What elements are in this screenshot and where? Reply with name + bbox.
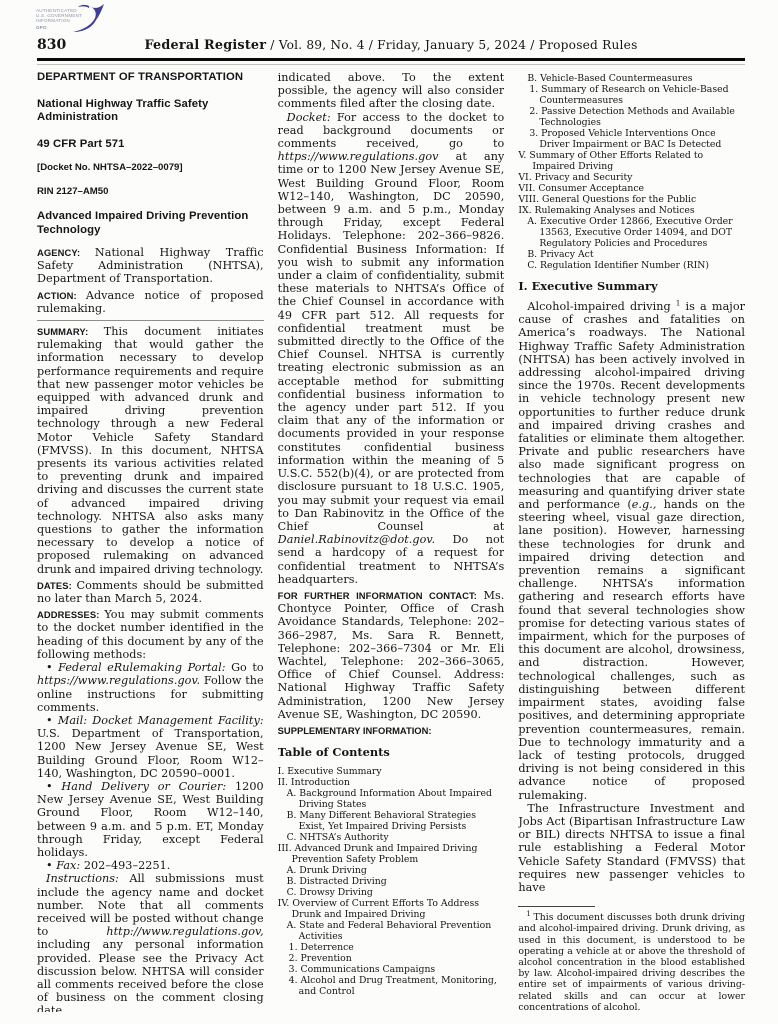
toc-item: V. Summary of Other Efforts Related to I… <box>518 150 745 172</box>
toc-item: III. Advanced Drunk and Impaired Driving… <box>278 843 505 865</box>
bullet-hand-delivery: • Hand Delivery or Courier: 1200 New Jer… <box>37 780 264 859</box>
three-column-body: DEPARTMENT OF TRANSPORTATION National Hi… <box>37 71 745 1012</box>
docket-access-paragraph: Docket: For access to the docket to read… <box>278 111 505 586</box>
masthead-rule-thick <box>37 58 745 61</box>
toc-item: A. Background Information About Impaired… <box>287 788 505 810</box>
toc-item: B. Many Different Behavioral Strategies … <box>287 810 505 832</box>
text-run: Hand Delivery or Courier: <box>61 780 226 793</box>
text-run: Instructions: <box>46 872 119 885</box>
summary-paragraph: SUMMARY: This document initiates rulemak… <box>37 325 264 576</box>
department-heading: DEPARTMENT OF TRANSPORTATION <box>37 71 264 85</box>
toc-item: IX. Rulemaking Analyses and Notices <box>518 205 745 216</box>
toc-item: B. Distracted Driving <box>287 876 505 887</box>
continuation-paragraph: indicated above. To the extent possible,… <box>278 71 505 111</box>
text-run: Federal eRulemaking Portal: <box>58 661 225 674</box>
action-paragraph: ACTION: Advance notice of proposed rulem… <box>37 289 264 315</box>
executive-summary-heading: I. Executive Summary <box>518 280 745 293</box>
text-run: Docket: <box>287 111 331 124</box>
federal-register-page: AUTHENTICATED U.S. GOVERNMENT INFORMATIO… <box>0 0 778 1024</box>
toc-item: II. Introduction <box>278 777 505 788</box>
rin-number: RIN 2127–AM50 <box>37 186 264 198</box>
text-run: ADDRESSES: <box>37 609 104 620</box>
bullet-erulemaking: • Federal eRulemaking Portal: Go to http… <box>37 661 264 714</box>
text-run: hands on the steering wheel, visual gaze… <box>518 498 745 801</box>
toc-item: 1. Deterrence <box>289 942 505 953</box>
text-run: Go to <box>226 661 264 674</box>
text-run: U.S. Department of Transportation, 1200 … <box>37 727 264 780</box>
toc-item: VIII. General Questions for the Public <box>518 194 745 205</box>
text-run: Alcohol-impaired driving <box>527 300 675 313</box>
cfr-part-heading: 49 CFR Part 571 <box>37 138 264 152</box>
text-run: • <box>46 859 56 872</box>
toc-item: 4. Alcohol and Drug Treatment, Monitorin… <box>289 975 505 997</box>
toc-item: 3. Communications Campaigns <box>289 964 505 975</box>
text-run: including any personal information provi… <box>37 938 264 1012</box>
contact-paragraph: FOR FURTHER INFORMATION CONTACT: Ms. Cho… <box>278 589 505 721</box>
text-run: SUMMARY: <box>37 326 104 337</box>
toc-item: B. Privacy Act <box>527 249 745 260</box>
toc-item: 1. Summary of Research on Vehicle-Based … <box>529 84 745 106</box>
publication-name: Federal Register <box>144 38 266 53</box>
text-run: is a major cause of crashes and fataliti… <box>518 300 745 511</box>
toc-item: A. State and Federal Behavioral Preventi… <box>287 920 505 942</box>
toc-item: 3. Proposed Vehicle Interventions Once D… <box>529 128 745 150</box>
toc-list-part2: B. Vehicle-Based Countermeasures1. Summa… <box>518 73 745 271</box>
agency-heading: National Highway Traffic Safety Administ… <box>37 98 264 125</box>
toc-item: A. Executive Order 12866, Executive Orde… <box>527 216 745 249</box>
toc-item: VII. Consumer Acceptance <box>518 183 745 194</box>
addresses-paragraph: ADDRESSES: You may submit comments to th… <box>37 608 264 661</box>
text-run: • <box>46 661 58 674</box>
bullet-fax: • Fax: 202–493–2251. <box>37 859 264 872</box>
text-run: FOR FURTHER INFORMATION CONTACT: <box>278 590 484 601</box>
masthead-rule-thin <box>37 64 745 65</box>
footnote-1: 1 This document discusses both drunk dri… <box>518 912 745 1012</box>
text-run: ACTION: <box>37 290 86 301</box>
section-divider <box>37 320 264 321</box>
text-run: Fax: <box>56 859 80 872</box>
issue-info: / Vol. 89, No. 4 / Friday, January 5, 20… <box>266 38 637 52</box>
bullet-mail: • Mail: Docket Management Facility: U.S.… <box>37 714 264 780</box>
toc-heading: Table of Contents <box>278 746 505 759</box>
text-run: 1 <box>526 910 533 918</box>
docket-number: [Docket No. NHTSA–2022–0079] <box>37 162 264 174</box>
footnote-rule <box>518 906 595 907</box>
agency-paragraph: AGENCY: National Highway Traffic Safety … <box>37 246 264 286</box>
supplementary-information-label: SUPPLEMENTARY INFORMATION: <box>278 725 505 737</box>
text-run: 202–493–2251. <box>80 859 170 872</box>
text-run: This document discusses both drunk drivi… <box>518 912 745 1012</box>
document-title: Advanced Impaired Driving Prevention Tec… <box>37 210 264 237</box>
toc-item: I. Executive Summary <box>278 766 505 777</box>
text-run: This document initiates rulemaking that … <box>37 325 264 576</box>
toc-item: 2. Passive Detection Methods and Availab… <box>529 106 745 128</box>
toc-item: C. NHTSA’s Authority <box>287 832 505 843</box>
executive-summary-paragraph: Alcohol-impaired driving 1 is a major ca… <box>518 300 745 802</box>
infrastructure-act-paragraph: The Infrastructure Investment and Jobs A… <box>518 802 745 894</box>
toc-item: C. Regulation Identifier Number (RIN) <box>527 260 745 271</box>
text-run: http://www.regulations.gov, <box>106 925 263 938</box>
toc-item: C. Drowsy Driving <box>287 887 505 898</box>
text-run: Mail: Docket Management Facility: <box>58 714 264 727</box>
text-run: • <box>46 714 58 727</box>
instructions-paragraph: Instructions: All submissions must inclu… <box>37 872 264 1012</box>
text-run: https://www.regulations.gov. <box>37 674 200 687</box>
toc-item: B. Vehicle-Based Countermeasures <box>527 73 745 84</box>
toc-item: A. Drunk Driving <box>287 865 505 876</box>
text-run: at any time or to 1200 New Jersey Avenue… <box>278 150 505 533</box>
toc-list-part1: I. Executive SummaryII. IntroductionA. B… <box>278 766 505 997</box>
column-1: DEPARTMENT OF TRANSPORTATION National Hi… <box>37 71 264 1012</box>
running-head: 830 Federal Register / Vol. 89, No. 4 / … <box>37 33 745 55</box>
footnote-block: 1 This document discusses both drunk dri… <box>518 906 745 1012</box>
column-3: B. Vehicle-Based Countermeasures1. Summa… <box>518 71 745 1012</box>
toc-item: IV. Overview of Current Efforts To Addre… <box>278 898 505 920</box>
dates-paragraph: DATES: Comments should be submitted no l… <box>37 579 264 605</box>
text-run: DATES: <box>37 580 77 591</box>
text-run: https://www.regulations.gov <box>278 150 439 163</box>
text-run: e.g., <box>632 498 657 511</box>
text-run: Daniel.Rabinovitz@dot.gov. <box>278 533 435 546</box>
toc-item: VI. Privacy and Security <box>518 172 745 183</box>
column-2: indicated above. To the extent possible,… <box>278 71 505 1012</box>
running-head-title: Federal Register / Vol. 89, No. 4 / Frid… <box>37 38 745 53</box>
text-run: • <box>46 780 61 793</box>
text-run: Ms. Chontyce Pointer, Office of Crash Av… <box>278 589 505 721</box>
toc-item: 2. Prevention <box>289 953 505 964</box>
text-run: AGENCY: <box>37 247 95 258</box>
